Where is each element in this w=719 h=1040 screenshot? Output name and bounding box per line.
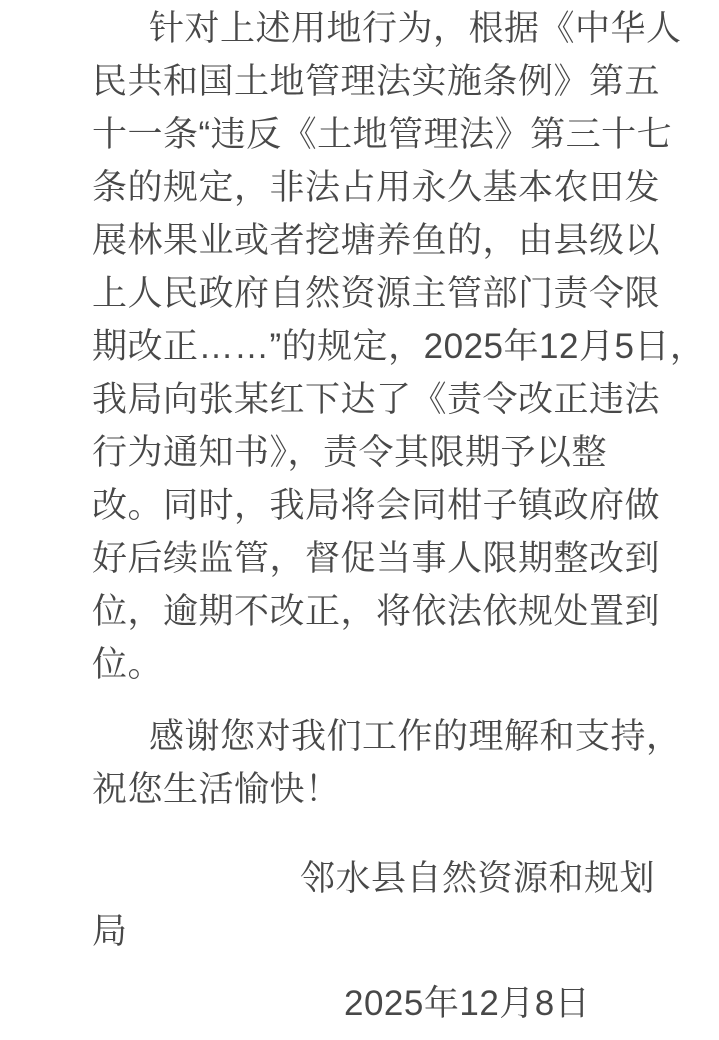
text-line: 上人民政府自然资源主管部门责令限 xyxy=(92,267,685,320)
paragraph-signature: 邻水县自然资源和规划 局 xyxy=(92,852,685,958)
paragraph-date: 2025年12月8日 xyxy=(92,977,685,1030)
text-line: 十一条“违反《土地管理法》第三十七 xyxy=(92,108,685,161)
paragraph-reply-body: 针对上述用地行为，根据《中华人 民共和国土地管理法实施条例》第五 十一条“违反《… xyxy=(92,2,685,691)
text-line: 感谢您对我们工作的理解和支持， xyxy=(92,710,685,763)
text-line: 期改正……”的规定，2025年12月5日， xyxy=(92,320,685,373)
paragraph-closing: 感谢您对我们工作的理解和支持， 祝您生活愉快！ xyxy=(92,710,685,816)
reply-letter-page: 针对上述用地行为，根据《中华人 民共和国土地管理法实施条例》第五 十一条“违反《… xyxy=(0,0,719,1040)
text-line: 民共和国土地管理法实施条例》第五 xyxy=(92,55,685,108)
text-line: 位。 xyxy=(92,638,685,691)
text-line: 好后续监管，督促当事人限期整改到 xyxy=(92,532,685,585)
text-line: 改。同时，我局将会同柑子镇政府做 xyxy=(92,479,685,532)
text-line: 2025年12月8日 xyxy=(92,977,685,1030)
text-line: 我局向张某红下达了《责令改正违法 xyxy=(92,373,685,426)
text-line: 展林果业或者挖塘养鱼的，由县级以 xyxy=(92,214,685,267)
text-line: 位，逾期不改正，将依法依规处置到 xyxy=(92,585,685,638)
text-line: 针对上述用地行为，根据《中华人 xyxy=(92,2,685,55)
text-line: 祝您生活愉快！ xyxy=(92,763,685,816)
text-line: 邻水县自然资源和规划 xyxy=(92,852,685,905)
text-line: 行为通知书》，责令其限期予以整 xyxy=(92,426,685,479)
text-line: 条的规定，非法占用永久基本农田发 xyxy=(92,161,685,214)
text-line: 局 xyxy=(92,905,685,958)
